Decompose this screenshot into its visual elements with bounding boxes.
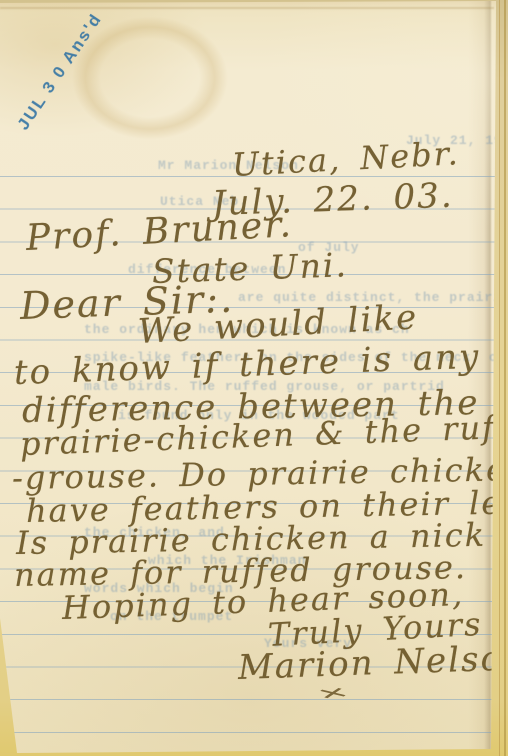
letter-page: July 21, 19 Mr Marion Nelson, Utica Neb.…: [0, 0, 508, 756]
page-top-crease: [0, 7, 494, 9]
under-page-edge: [504, 0, 506, 756]
scanned-letter-stage: July 21, 19 Mr Marion Nelson, Utica Neb.…: [0, 0, 508, 756]
answered-date-stamp: JUL 3 0 Ans'd: [20, 18, 150, 140]
under-page-crease: [499, 0, 500, 756]
answered-date-stamp-text: JUL 3 0 Ans'd: [13, 9, 106, 134]
